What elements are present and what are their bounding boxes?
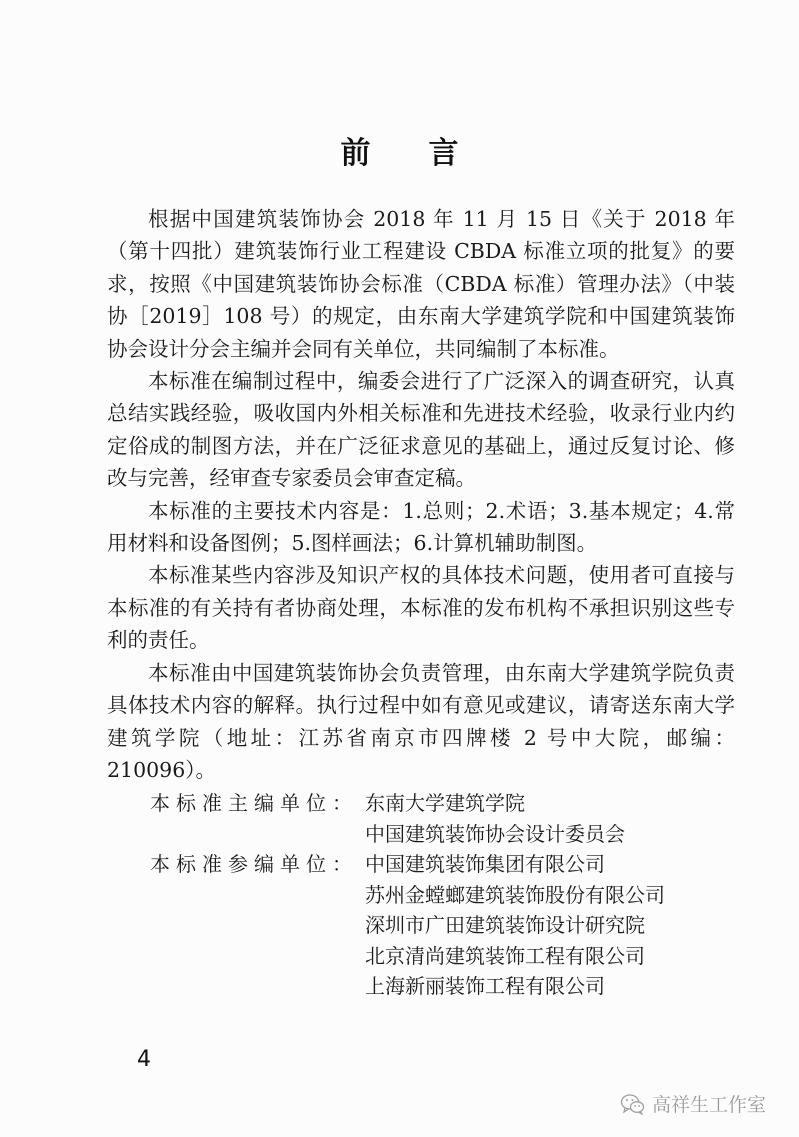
paragraph: 本标准的主要技术内容是：1.总则；2.术语；3.基本规定；4.常用材料和设备图例… <box>107 495 735 560</box>
unit-item: 苏州金螳螂建筑装饰股份有限公司 <box>365 880 665 911</box>
unit-item: 深圳市广田建筑装饰设计研究院 <box>365 910 665 941</box>
paragraph: 本标准在编制过程中，编委会进行了广泛深入的调查研究，认真总结实践经验，吸收国内外… <box>107 365 735 495</box>
preface-body: 根据中国建筑装饰协会 2018 年 11 月 15 日《关于 2018 年（第十… <box>107 203 735 786</box>
page-number: 4 <box>137 1047 151 1072</box>
paragraph: 本标准由中国建筑装饰协会负责管理，由东南大学建筑学院负责具体技术内容的解释。执行… <box>107 657 735 787</box>
unit-item: 中国建筑装饰协会设计委员会 <box>365 819 625 850</box>
unit-item: 中国建筑装饰集团有限公司 <box>365 849 665 880</box>
participating-units: 本标准参编单位： 中国建筑装饰集团有限公司 苏州金螳螂建筑装饰股份有限公司 深圳… <box>150 849 665 1002</box>
wechat-icon <box>620 1093 646 1115</box>
unit-item: 东南大学建筑学院 <box>365 788 625 819</box>
watermark-text: 高祥生工作室 <box>652 1090 766 1117</box>
page-title: 前言 <box>0 128 799 172</box>
watermark: 高祥生工作室 <box>620 1090 766 1117</box>
unit-item: 上海新丽装饰工程有限公司 <box>365 971 665 1002</box>
document-page: 前言 根据中国建筑装饰协会 2018 年 11 月 15 日《关于 2018 年… <box>0 0 799 1137</box>
chief-editor-label: 本标准主编单位： <box>150 788 365 849</box>
participating-label: 本标准参编单位： <box>150 849 365 1002</box>
participating-list: 中国建筑装饰集团有限公司 苏州金螳螂建筑装饰股份有限公司 深圳市广田建筑装饰设计… <box>365 849 665 1002</box>
unit-item: 北京清尚建筑装饰工程有限公司 <box>365 941 665 972</box>
paragraph: 根据中国建筑装饰协会 2018 年 11 月 15 日《关于 2018 年（第十… <box>107 203 735 365</box>
chief-editor-list: 东南大学建筑学院 中国建筑装饰协会设计委员会 <box>365 788 625 849</box>
paragraph: 本标准某些内容涉及知识产权的具体技术问题，使用者可直接与本标准的有关持有者协商处… <box>107 559 735 656</box>
chief-editor-units: 本标准主编单位： 东南大学建筑学院 中国建筑装饰协会设计委员会 <box>150 788 665 849</box>
editing-units: 本标准主编单位： 东南大学建筑学院 中国建筑装饰协会设计委员会 本标准参编单位：… <box>150 788 665 1002</box>
